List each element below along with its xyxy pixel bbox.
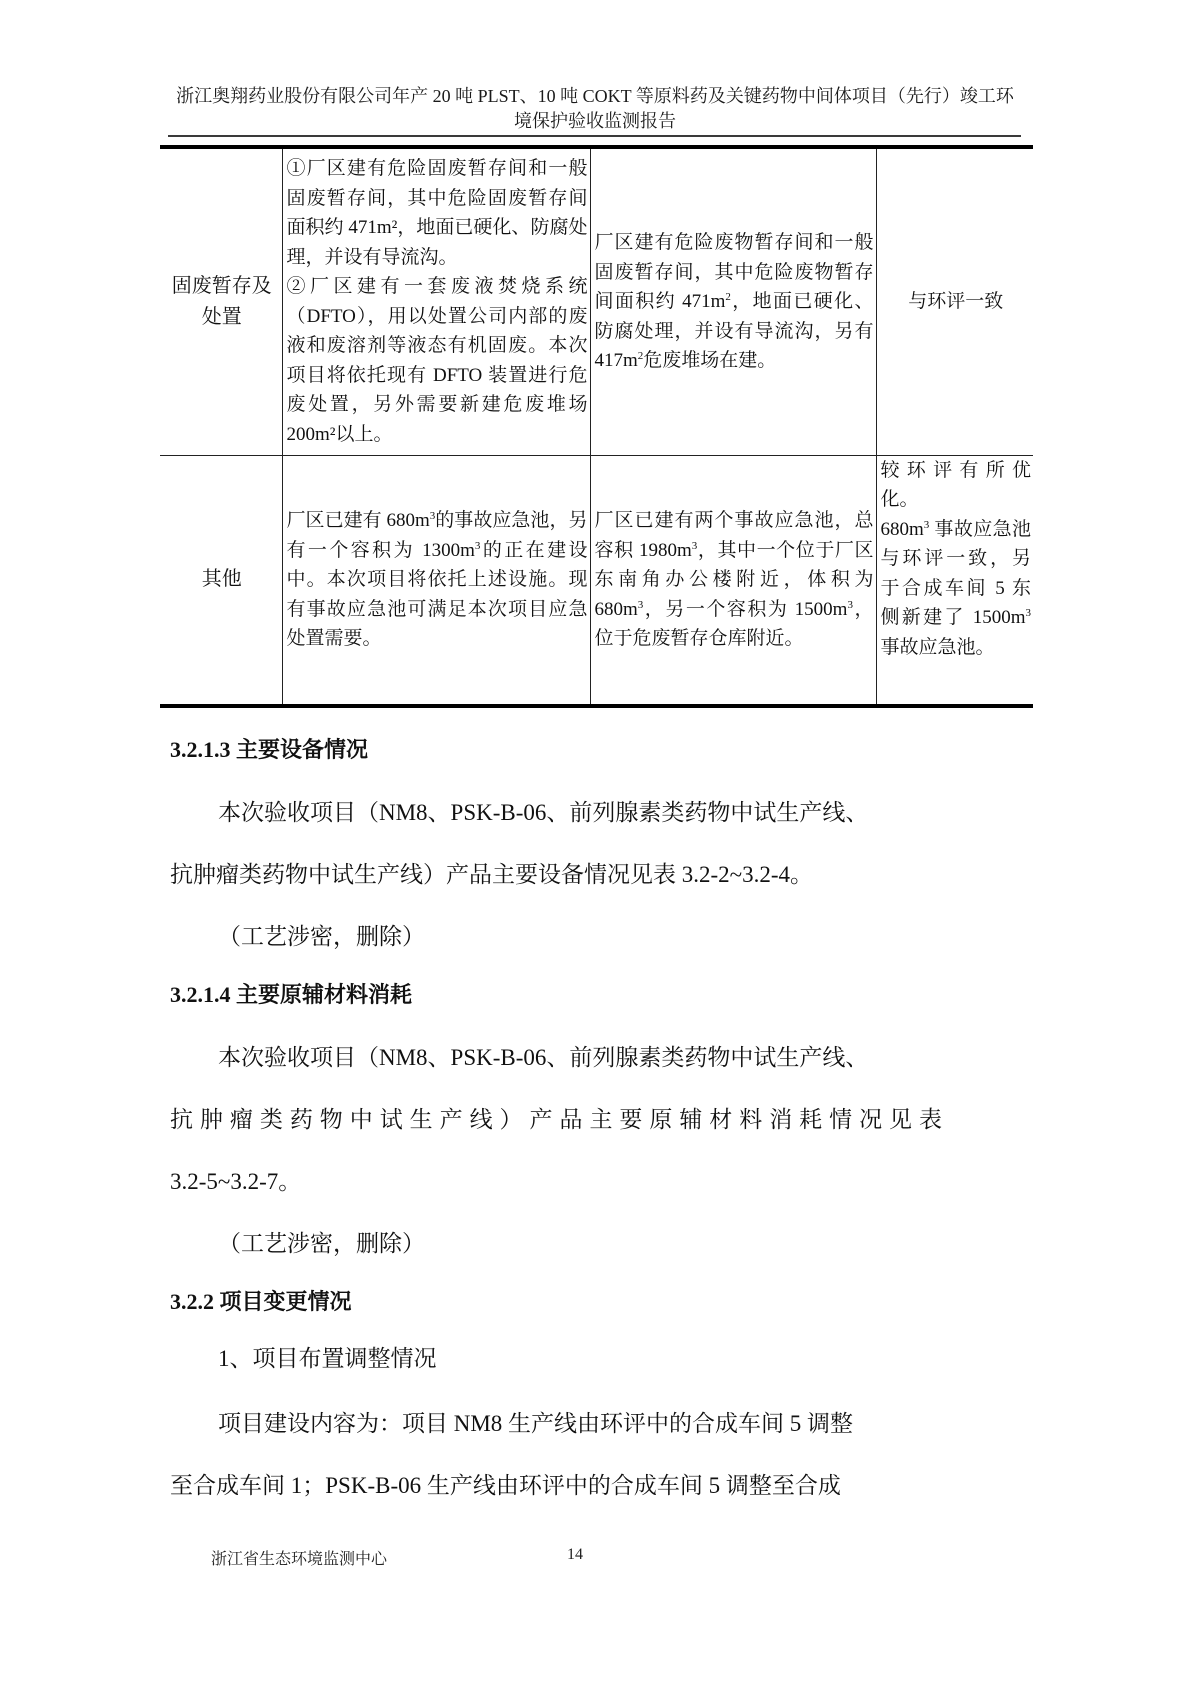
eia-item-2: ②厂区建有一套废液焚烧系统（DFTO），用以处置公司内部的废液和废溶剂等液态有机… — [287, 272, 588, 449]
heading-3-2-1-3: 3.2.1.3 主要设备情况 — [170, 733, 368, 764]
table-row-other: 其他 厂区已建有 680m3的事故应急池，另有一个容积为 1300m3的正在建设… — [160, 455, 1033, 706]
paragraph-line: 项目建设内容为：项目 NM8 生产线由环评中的合成车间 5 调整 — [218, 1405, 853, 1438]
page-header: 浙江奥翔药业股份有限公司年产 20 吨 PLST、10 吨 COKT 等原料药及… — [168, 84, 1022, 134]
paragraph-line: 抗肿瘤类药物中试生产线）产品主要原辅材料消耗情况见表 — [170, 1101, 942, 1134]
comparison-table: 固废暂存及 处置 ①厂区建有危险固废暂存间和一般固废暂存间，其中危险固废暂存间面… — [160, 145, 1033, 708]
paragraph-line: 本次验收项目（NM8、PSK-B-06、前列腺素类药物中试生产线、 — [218, 1039, 868, 1072]
header-rule — [168, 135, 1021, 137]
footer-org: 浙江省生态环境监测中心 — [211, 1546, 387, 1569]
cell-conclusion: 较环评有所优化。680m3 事故应急池与环评一致，另于合成车间 5 东侧新建了 … — [876, 455, 1033, 706]
table-row-solid-waste: 固废暂存及 处置 ①厂区建有危险固废暂存间和一般固废暂存间，其中危险固废暂存间面… — [160, 147, 1033, 455]
page-number: 14 — [567, 1546, 583, 1564]
cell-conclusion: 与环评一致 — [876, 147, 1033, 455]
category-line1: 固废暂存及 — [172, 275, 272, 297]
conclusion-text: 与环评一致 — [908, 291, 1003, 312]
paragraph-line: 本次验收项目（NM8、PSK-B-06、前列腺素类药物中试生产线、 — [218, 794, 868, 827]
heading-3-2-2: 3.2.2 项目变更情况 — [170, 1285, 352, 1316]
category-text: 其他 — [202, 564, 242, 595]
list-item-1: 1、项目布置调整情况 — [218, 1340, 437, 1373]
cell-category: 固废暂存及 处置 — [160, 147, 282, 455]
redacted-note: （工艺涉密，删除） — [218, 1225, 425, 1258]
cell-actual-content: 厂区已建有两个事故应急池，总容积 1980m3，其中一个位于厂区东南角办公楼附近… — [590, 455, 876, 706]
paragraph-line: 至合成车间 1；PSK-B-06 生产线由环评中的合成车间 5 调整至合成 — [170, 1467, 841, 1500]
heading-3-2-1-4: 3.2.1.4 主要原辅材料消耗 — [170, 978, 412, 1009]
header-title-line2: 境保护验收监测报告 — [168, 109, 1022, 134]
cell-actual-content: 厂区建有危险废物暂存间和一般固废暂存间，其中危险废物暂存间面积约 471m2，地… — [590, 147, 876, 455]
header-title-line1: 浙江奥翔药业股份有限公司年产 20 吨 PLST、10 吨 COKT 等原料药及… — [168, 84, 1022, 109]
cell-category: 其他 — [160, 455, 282, 706]
paragraph-line: 抗肿瘤类药物中试生产线）产品主要设备情况见表 3.2-2~3.2-4。 — [170, 856, 813, 889]
category-line2: 处置 — [202, 306, 242, 328]
eia-item-1: ①厂区建有危险固废暂存间和一般固废暂存间，其中危险固废暂存间面积约 471m²，… — [287, 154, 588, 272]
cell-eia-content: 厂区已建有 680m3的事故应急池，另有一个容积为 1300m3的正在建设中。本… — [282, 455, 590, 706]
cell-eia-content: ①厂区建有危险固废暂存间和一般固废暂存间，其中危险固废暂存间面积约 471m²，… — [282, 147, 590, 455]
paragraph-line: 3.2-5~3.2-7。 — [170, 1163, 301, 1196]
redacted-note: （工艺涉密，删除） — [218, 918, 425, 951]
